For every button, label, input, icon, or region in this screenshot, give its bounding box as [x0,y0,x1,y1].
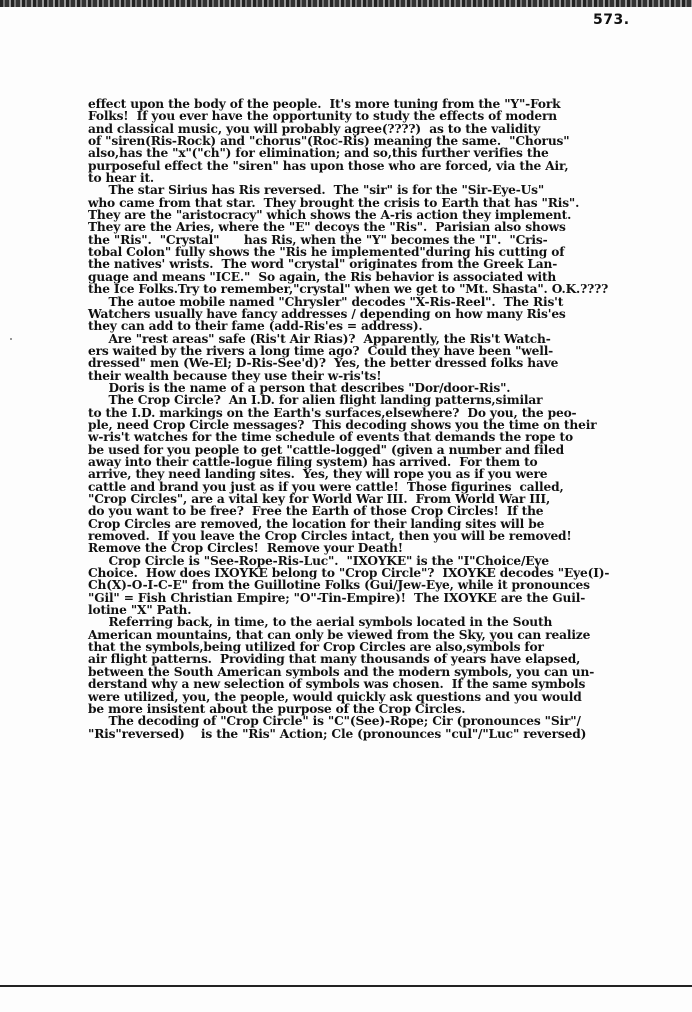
scan-edge-bottom [0,985,692,987]
page-number: 573. [593,12,630,28]
scan-edge-top [0,0,692,7]
text-line: dressed" men (We-El; D-Ris-See'd)? Yes, … [88,357,668,369]
text-line: purposeful effect the "siren" has upon t… [88,160,668,172]
text-line: The star Sirius has Ris reversed. The "s… [88,184,668,196]
text-line: arrive, they need landing sites. Yes, th… [88,468,668,480]
text-line: do you want to be free? Free the Earth o… [88,505,668,517]
text-line: Folks! If you ever have the opportunity … [88,110,668,122]
text-line: the natives' wrists. The word "crystal" … [88,258,668,270]
text-line: The Crop Circle? An I.D. for alien fligh… [88,394,668,406]
text-line: The autoe mobile named "Chrysler" decode… [88,296,668,308]
text-line: Remove the Crop Circles! Remove your Dea… [88,542,668,554]
text-line: air flight patterns. Providing that many… [88,653,668,665]
text-line: Referring back, in time, to the aerial s… [88,616,668,628]
text-line: they can add to their fame (add-Ris'es =… [88,320,668,332]
text-line: Ch(X)-O-I-C-E" from the Guillotine Folks… [88,579,668,591]
text-line: w-ris't watches for the time schedule of… [88,431,668,443]
text-line: were utilized, you, the people, would qu… [88,691,668,703]
text-line: the Ice Folks.Try to remember,"crystal" … [88,283,668,295]
text-line: "Ris"reversed) is the "Ris" Action; Cle … [88,728,668,740]
text-line: The decoding of "Crop Circle" is "C"(See… [88,715,668,727]
scan-speck [10,338,12,340]
document-body: effect upon the body of the people. It's… [88,98,668,740]
text-line: They are the Aries, where the "E" decoys… [88,221,668,233]
text-line: derstand why a new selection of symbols … [88,678,668,690]
text-line: also,has the "x"("ch") for elimination; … [88,147,668,159]
